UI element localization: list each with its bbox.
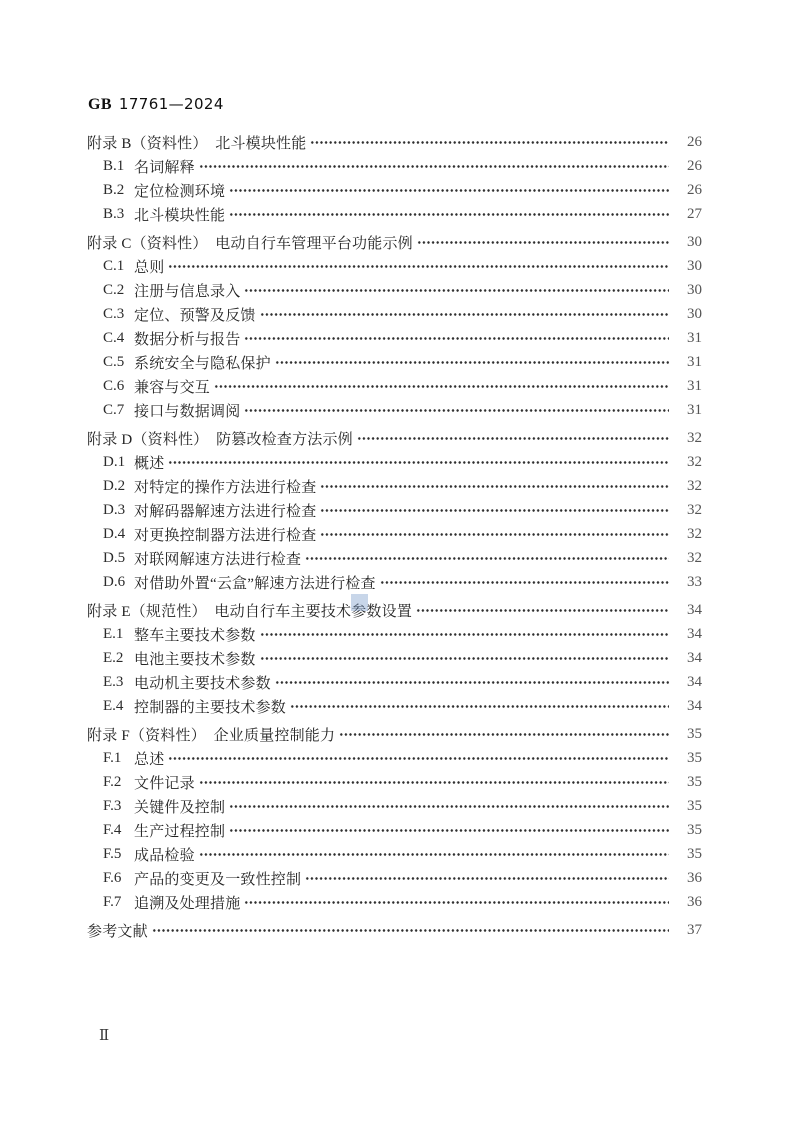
- toc-entry: D.3 对解码器解速方法进行检查 32: [87, 498, 702, 522]
- toc-entry-number: C.4: [103, 330, 134, 347]
- dot-leader: [229, 202, 669, 226]
- toc-entry-title: 附录 B（资料性） 北斗模块性能: [87, 132, 306, 153]
- dot-leader: [320, 498, 669, 522]
- toc-entry-title: 北斗模块性能: [134, 204, 225, 225]
- toc-entry-page: 34: [674, 698, 702, 715]
- toc-entry-number: C.7: [103, 402, 134, 419]
- toc-entry-page: 32: [674, 502, 702, 519]
- toc-entry-page: 32: [674, 430, 702, 447]
- toc-entry-number: C.3: [103, 306, 134, 323]
- toc-entry: E.2 电池主要技术参数 34: [87, 646, 702, 670]
- dot-leader: [305, 546, 669, 570]
- toc-entry-page: 26: [674, 182, 702, 199]
- dot-leader: [168, 746, 669, 770]
- toc-entry: F.4 生产过程控制 35: [87, 818, 702, 842]
- toc-entry-title: 参考文献: [87, 920, 148, 941]
- toc-entry-title: 控制器的主要技术参数: [134, 696, 286, 717]
- toc-entry-title: 总述: [134, 748, 164, 769]
- toc-entry-number: D.1: [103, 454, 134, 471]
- toc-entry: F.2 文件记录 35: [87, 770, 702, 794]
- toc-entry-page: 31: [674, 378, 702, 395]
- toc-entry-page: 37: [674, 922, 702, 939]
- toc-entry: B.1 名词解释 26: [87, 154, 702, 178]
- toc-entry-number: D.5: [103, 550, 134, 567]
- toc-entry-title: 概述: [134, 452, 164, 473]
- toc-entry: 附录 D（资料性） 防篡改检查方法示例 32: [87, 426, 702, 450]
- toc-entry-number: E.2: [103, 650, 134, 667]
- toc-entry-page: 36: [674, 870, 702, 887]
- toc-entry-number: F.7: [103, 894, 134, 911]
- toc-entry: D.5 对联网解速方法进行检查 32: [87, 546, 702, 570]
- toc-entry-number: F.5: [103, 846, 134, 863]
- toc-entry-page: 31: [674, 402, 702, 419]
- document-page: GB17761—2024 附录 B（资料性） 北斗模块性能 26 B.1 名词解…: [0, 0, 793, 1122]
- dot-leader: [310, 130, 669, 154]
- toc-entry-number: C.2: [103, 282, 134, 299]
- page-number-footer: Ⅱ: [99, 1026, 110, 1045]
- toc-entry-page: 33: [674, 574, 702, 591]
- toc-entry: D.4 对更换控制器方法进行检查 32: [87, 522, 702, 546]
- toc-entry-title: 追溯及处理措施: [134, 892, 240, 913]
- toc-entry-title: 电动机主要技术参数: [134, 672, 271, 693]
- toc-entry-page: 30: [674, 258, 702, 275]
- toc-entry-number: B.3: [103, 206, 134, 223]
- toc-entry-number: D.6: [103, 574, 134, 591]
- dot-leader: [199, 842, 669, 866]
- toc-entry-number: B.1: [103, 158, 134, 175]
- toc-entry-page: 31: [674, 354, 702, 371]
- toc-entry: E.4 控制器的主要技术参数 34: [87, 694, 702, 718]
- toc-entry-number: E.4: [103, 698, 134, 715]
- toc-entry-title: 名词解释: [134, 156, 195, 177]
- toc-entry-page: 34: [674, 626, 702, 643]
- toc-entry-page: 34: [674, 650, 702, 667]
- toc-entry-title: 兼容与交互: [134, 376, 210, 397]
- dot-leader: [260, 302, 669, 326]
- toc-entry: F.1 总述 35: [87, 746, 702, 770]
- toc-entry: F.6 产品的变更及一致性控制 36: [87, 866, 702, 890]
- dot-leader: [229, 818, 669, 842]
- standard-prefix: GB: [88, 96, 112, 113]
- dot-leader: [214, 374, 669, 398]
- toc-entry-page: 26: [674, 134, 702, 151]
- dot-leader: [275, 350, 669, 374]
- toc-entry: E.1 整车主要技术参数 34: [87, 622, 702, 646]
- toc-entry-page: 32: [674, 550, 702, 567]
- dot-leader: [305, 866, 669, 890]
- toc-entry: F.7 追溯及处理措施 36: [87, 890, 702, 914]
- dot-leader: [199, 154, 669, 178]
- dot-leader: [275, 670, 669, 694]
- text-selection-highlight: [351, 594, 368, 611]
- toc-entry: C.3 定位、预警及反馈 30: [87, 302, 702, 326]
- dot-leader: [290, 694, 669, 718]
- toc-entry: C.7 接口与数据调阅 31: [87, 398, 702, 422]
- toc-list: 附录 B（资料性） 北斗模块性能 26 B.1 名词解释 26 B.2 定位检测…: [87, 130, 702, 942]
- toc-entry: 附录 F（资料性） 企业质量控制能力 35: [87, 722, 702, 746]
- toc-entry-title: 系统安全与隐私保护: [134, 352, 271, 373]
- toc-entry: C.5 系统安全与隐私保护 31: [87, 350, 702, 374]
- toc-entry-title: 数据分析与报告: [134, 328, 240, 349]
- toc-entry-number: E.3: [103, 674, 134, 691]
- dot-leader: [244, 398, 669, 422]
- toc-entry-number: F.2: [103, 774, 134, 791]
- toc-entry: E.3 电动机主要技术参数 34: [87, 670, 702, 694]
- toc-entry: C.6 兼容与交互 31: [87, 374, 702, 398]
- toc-entry-number: E.1: [103, 626, 134, 643]
- toc-entry-number: C.5: [103, 354, 134, 371]
- toc-entry-page: 27: [674, 206, 702, 223]
- toc-entry-title: 定位检测环境: [134, 180, 225, 201]
- dot-leader: [260, 646, 669, 670]
- toc-entry-title: 整车主要技术参数: [134, 624, 256, 645]
- dot-leader: [260, 622, 669, 646]
- toc-entry-title: 对解码器解速方法进行检查: [134, 500, 316, 521]
- toc-entry-page: 36: [674, 894, 702, 911]
- toc-entry-page: 26: [674, 158, 702, 175]
- dot-leader: [244, 890, 669, 914]
- dot-leader: [168, 254, 669, 278]
- dot-leader: [199, 770, 669, 794]
- toc-entry: 参考文献 37: [87, 918, 702, 942]
- toc-entry: C.2 注册与信息录入 30: [87, 278, 702, 302]
- toc-entry-title: 总则: [134, 256, 164, 277]
- toc-entry-title: 关键件及控制: [134, 796, 225, 817]
- toc-entry-number: C.1: [103, 258, 134, 275]
- toc-entry-page: 35: [674, 774, 702, 791]
- toc-entry: B.3 北斗模块性能 27: [87, 202, 702, 226]
- toc-entry-title: 对更换控制器方法进行检查: [134, 524, 316, 545]
- dot-leader: [416, 598, 669, 622]
- toc-entry: C.4 数据分析与报告 31: [87, 326, 702, 350]
- toc-entry-page: 31: [674, 330, 702, 347]
- toc-entry: 附录 E（规范性） 电动自行车主要技术参数设置 34: [87, 598, 702, 622]
- dot-leader: [357, 426, 669, 450]
- toc-entry-number: F.1: [103, 750, 134, 767]
- toc-entry-number: B.2: [103, 182, 134, 199]
- dot-leader: [244, 326, 669, 350]
- dot-leader: [168, 450, 669, 474]
- toc-entry-title: 生产过程控制: [134, 820, 225, 841]
- toc-entry-number: C.6: [103, 378, 134, 395]
- toc-entry-number: F.6: [103, 870, 134, 887]
- toc-entry: 附录 C（资料性） 电动自行车管理平台功能示例 30: [87, 230, 702, 254]
- toc-entry-page: 30: [674, 306, 702, 323]
- toc-entry: F.3 关键件及控制 35: [87, 794, 702, 818]
- dot-leader: [339, 722, 669, 746]
- toc-entry-title: 成品检验: [134, 844, 195, 865]
- toc-entry: D.1 概述 32: [87, 450, 702, 474]
- toc-entry: C.1 总则 30: [87, 254, 702, 278]
- toc-entry-title: 注册与信息录入: [134, 280, 240, 301]
- dot-leader: [229, 178, 669, 202]
- toc-entry-page: 32: [674, 454, 702, 471]
- toc-entry: F.5 成品检验 35: [87, 842, 702, 866]
- toc-entry-title: 对特定的操作方法进行检查: [134, 476, 316, 497]
- dot-leader: [244, 278, 669, 302]
- standard-code-header: GB17761—2024: [88, 95, 224, 114]
- toc-entry-title: 接口与数据调阅: [134, 400, 240, 421]
- dot-leader: [152, 918, 669, 942]
- toc-entry: D.2 对特定的操作方法进行检查 32: [87, 474, 702, 498]
- toc-entry-number: D.3: [103, 502, 134, 519]
- toc-entry-page: 30: [674, 282, 702, 299]
- toc-entry-title: 对借助外置“云盒”解速方法进行检查: [134, 572, 376, 593]
- standard-number: 17761—2024: [119, 95, 224, 113]
- toc-entry-page: 35: [674, 726, 702, 743]
- toc-entry-title: 产品的变更及一致性控制: [134, 868, 301, 889]
- toc-entry-title: 对联网解速方法进行检查: [134, 548, 301, 569]
- toc-entry-page: 30: [674, 234, 702, 251]
- toc-entry-title: 附录 C（资料性） 电动自行车管理平台功能示例: [87, 232, 413, 253]
- toc-entry: D.6 对借助外置“云盒”解速方法进行检查 33: [87, 570, 702, 594]
- dot-leader: [380, 570, 669, 594]
- toc-entry-number: F.4: [103, 822, 134, 839]
- toc-entry-number: D.4: [103, 526, 134, 543]
- dot-leader: [320, 522, 669, 546]
- toc-entry-title: 文件记录: [134, 772, 195, 793]
- toc-entry-number: D.2: [103, 478, 134, 495]
- toc-entry-page: 35: [674, 750, 702, 767]
- toc-entry: 附录 B（资料性） 北斗模块性能 26: [87, 130, 702, 154]
- toc-entry-page: 34: [674, 602, 702, 619]
- dot-leader: [229, 794, 669, 818]
- dot-leader: [320, 474, 669, 498]
- toc-entry-page: 35: [674, 822, 702, 839]
- toc-entry-page: 32: [674, 526, 702, 543]
- toc-entry-title: 定位、预警及反馈: [134, 304, 256, 325]
- toc-entry-page: 35: [674, 846, 702, 863]
- dot-leader: [417, 230, 669, 254]
- toc-entry-title: 附录 D（资料性） 防篡改检查方法示例: [87, 428, 353, 449]
- toc-entry-page: 35: [674, 798, 702, 815]
- toc-entry: B.2 定位检测环境 26: [87, 178, 702, 202]
- toc-entry-page: 32: [674, 478, 702, 495]
- toc-entry-title: 附录 F（资料性） 企业质量控制能力: [87, 724, 335, 745]
- toc-entry-number: F.3: [103, 798, 134, 815]
- toc-entry-title: 电池主要技术参数: [134, 648, 256, 669]
- toc-entry-page: 34: [674, 674, 702, 691]
